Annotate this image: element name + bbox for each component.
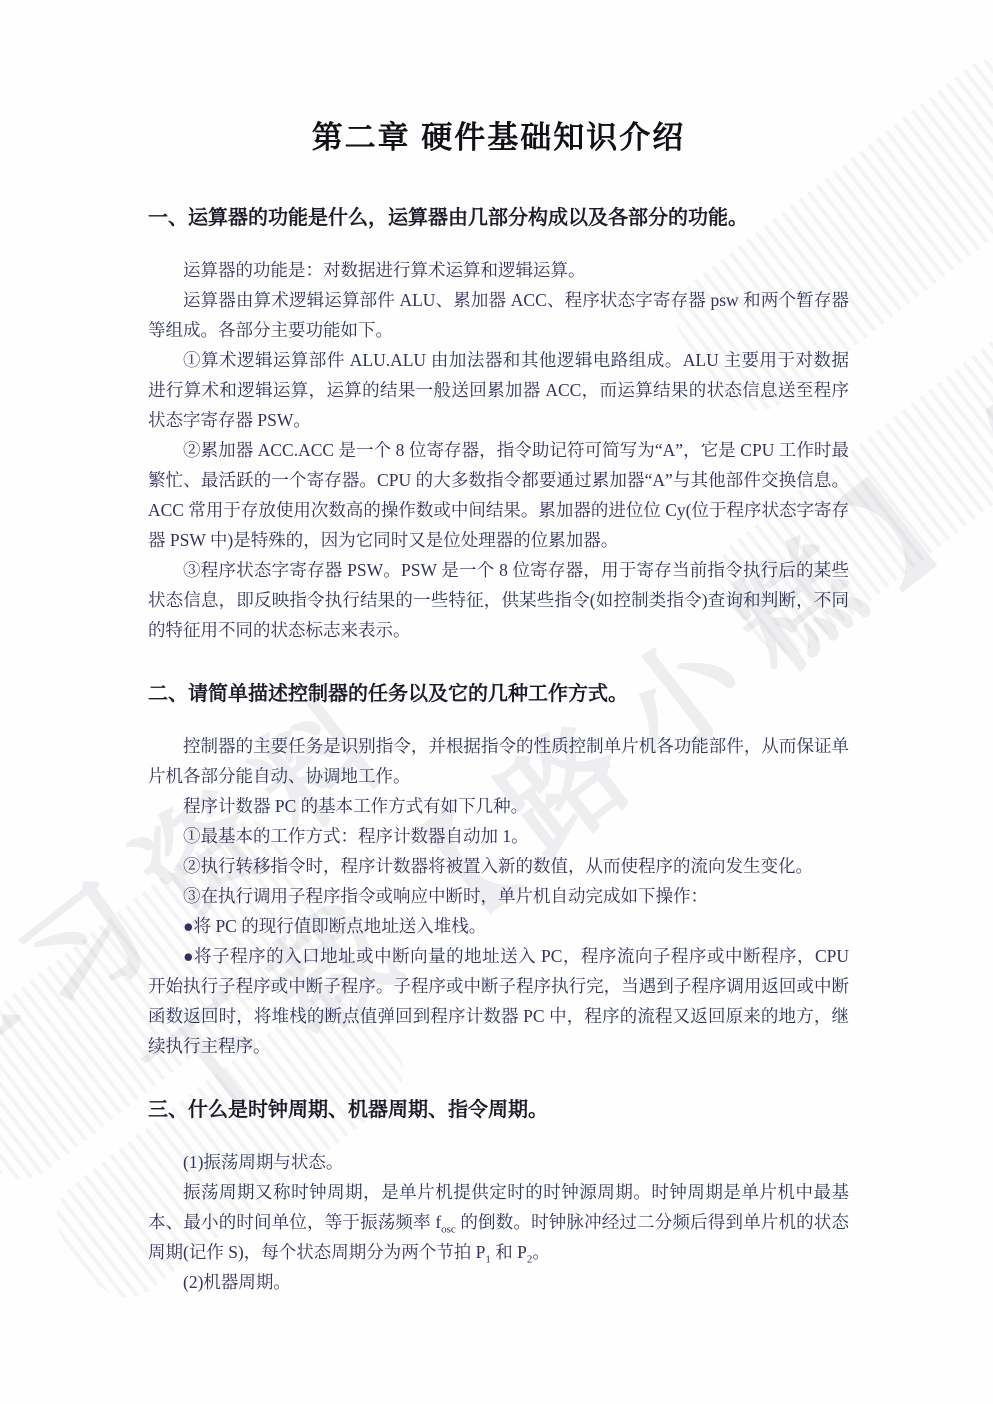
page-title: 第二章 硬件基础知识介绍 <box>148 112 849 157</box>
paragraph: ③程序状态字寄存器 PSW。PSW 是一个 8 位寄存器，用于寄存当前指令执行后… <box>148 555 849 645</box>
section-controller: 二、请简单描述控制器的任务以及它的几种工作方式。 控制器的主要任务是识别指令，并… <box>148 677 849 1061</box>
paragraph: ①最基本的工作方式：程序计数器自动加 1。 <box>148 821 849 851</box>
paragraph: ②执行转移指令时，程序计数器将被置入新的数值，从而使程序的流向发生变化。 <box>148 851 849 881</box>
section-2-heading: 二、请简单描述控制器的任务以及它的几种工作方式。 <box>148 677 849 706</box>
section-3-heading: 三、什么是时钟周期、机器周期、指令周期。 <box>148 1093 849 1122</box>
section-1-heading: 一、运算器的功能是什么，运算器由几部分构成以及各部分的功能。 <box>148 201 849 230</box>
document-content: 第二章 硬件基础知识介绍 一、运算器的功能是什么，运算器由几部分构成以及各部分的… <box>148 112 849 1297</box>
paragraph: ③在执行调用子程序指令或响应中断时，单片机自动完成如下操作： <box>148 881 849 911</box>
paragraph: ●将 PC 的现行值即断点地址送入堆栈。 <box>148 911 849 941</box>
paragraph: (2)机器周期。 <box>148 1267 849 1297</box>
paragraph: 运算器由算术逻辑运算部件 ALU、累加器 ACC、程序状态字寄存器 psw 和两… <box>148 285 849 345</box>
paragraph: ②累加器 ACC.ACC 是一个 8 位寄存器，指令助记符可简写为“A”，它是 … <box>148 435 849 555</box>
paragraph: 控制器的主要任务是识别指令，并根据指令的性质控制单片机各功能部件，从而保证单片机… <box>148 731 849 791</box>
paragraph: 程序计数器 PC 的基本工作方式有如下几种。 <box>148 791 849 821</box>
paragraph: 振荡周期又称时钟周期，是单片机提供定时的时钟源周期。时钟周期是单片机中最基本、最… <box>148 1177 849 1267</box>
section-cycles: 三、什么是时钟周期、机器周期、指令周期。 (1)振荡周期与状态。 振荡周期又称时… <box>148 1093 849 1297</box>
document-page: 学习资料 下载【路小糕】App 第二章 硬件基础知识介绍 一、运算器的功能是什么… <box>0 0 993 1404</box>
paragraph: ●将子程序的入口地址或中断向量的地址送入 PC，程序流向子程序或中断程序，CPU… <box>148 941 849 1061</box>
paragraph: ①算术逻辑运算部件 ALU.ALU 由加法器和其他逻辑电路组成。ALU 主要用于… <box>148 345 849 435</box>
paragraph: (1)振荡周期与状态。 <box>148 1147 849 1177</box>
paragraph: 运算器的功能是：对数据进行算术运算和逻辑运算。 <box>148 255 849 285</box>
section-arithmetic-unit: 一、运算器的功能是什么，运算器由几部分构成以及各部分的功能。 运算器的功能是：对… <box>148 201 849 645</box>
